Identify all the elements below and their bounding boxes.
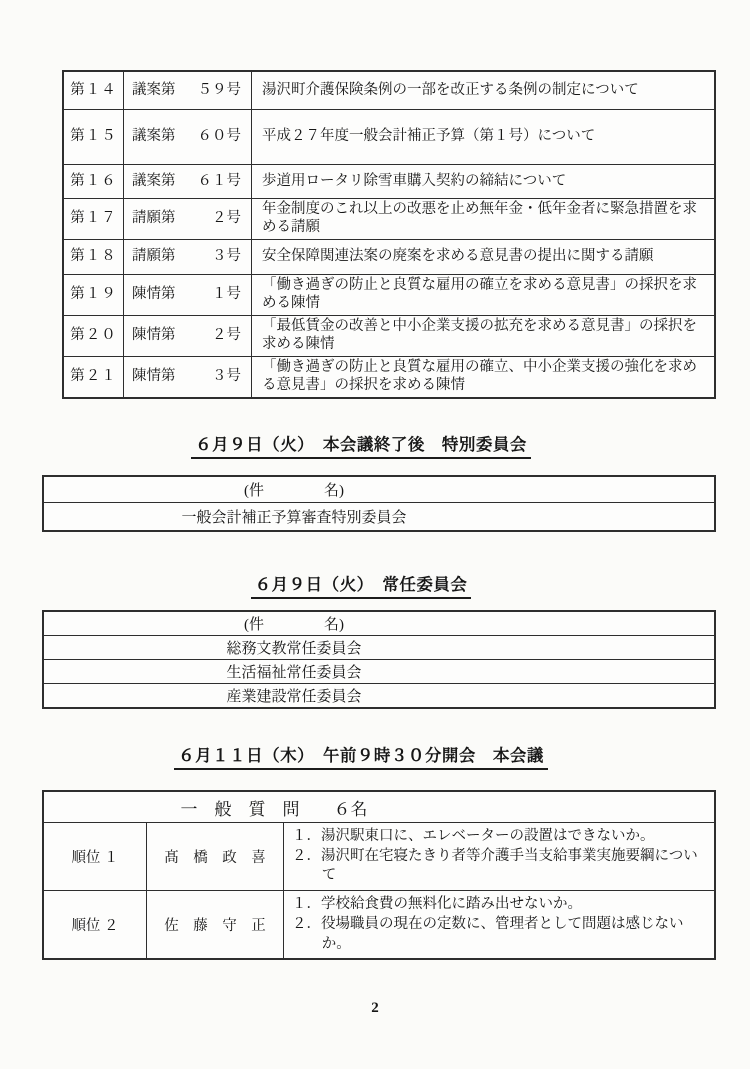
agenda-item-number: 第１４ <box>64 72 124 109</box>
page-number: 2 <box>0 1000 750 1017</box>
table-header-row: (件 名) <box>44 612 714 635</box>
questioner-name: 髙 橋 政 喜 <box>147 823 284 890</box>
general-question-header: 一 般 質 問 ６名 <box>181 795 368 820</box>
section-heading-text: ６月１１日（木） 午前９時３０分開会 本会議 <box>174 742 548 770</box>
general-question-title: 一 般 質 問 <box>181 795 300 820</box>
question-item: １．学校給食費の無料化に踏み出せないか。 <box>292 895 706 915</box>
table-header-row: 一 般 質 問 ６名 <box>44 792 714 822</box>
table-row: 生活福祉常任委員会 <box>44 659 714 683</box>
column-header-kenmei: (件 名) <box>244 613 344 634</box>
table-row: 第２０ 陳情第 ２号 「最低賃金の改善と中小企業支援の拡充を求める意見書」の採択… <box>64 315 714 356</box>
committee-name: 生活福祉常任委員会 <box>226 661 361 682</box>
section-heading-special-committee: ６月９日（火） 本会議終了後 特別委員会 <box>0 431 750 459</box>
table-row: 第１９ 陳情第 １号 「働き過ぎの防止と良質な雇用の確立を求める意見書」の採択を… <box>64 274 714 315</box>
table-row: 総務文教常任委員会 <box>44 635 714 659</box>
agenda-item-title: 「働き過ぎの防止と良質な雇用の確立を求める意見書」の採択を求める陳情 <box>252 275 714 315</box>
questioner-rank: 順位 １ <box>44 823 147 890</box>
agenda-item-title: 年金制度のこれ以上の改悪を止め無年金・低年金者に緊急措置を求める請願 <box>252 199 714 239</box>
agenda-doc-cell: 陳情第 ３号 <box>124 357 252 397</box>
doc-type-label: 陳情第 <box>132 286 176 304</box>
column-header-kenmei: (件 名) <box>244 479 344 500</box>
agenda-doc-cell: 議案第 ６１号 <box>124 165 252 198</box>
agenda-item-number: 第１９ <box>64 275 124 315</box>
doc-type-label: 請願第 <box>132 210 176 228</box>
agenda-doc-cell: 陳情第 １号 <box>124 275 252 315</box>
doc-number: ２号 <box>212 327 241 345</box>
agenda-item-title: 「働き過ぎの防止と良質な雇用の確立、中小企業支援の強化を求める意見書」の採択を求… <box>252 357 714 397</box>
section-heading-plenary-session: ６月１１日（木） 午前９時３０分開会 本会議 <box>0 742 750 770</box>
table-row: 第１７ 請願第 ２号 年金制度のこれ以上の改悪を止め無年金・低年金者に緊急措置を… <box>64 198 714 239</box>
agenda-item-title: 歩道用ロータリ除雪車購入契約の締結について <box>252 165 714 198</box>
agenda-doc-cell: 議案第 ５９号 <box>124 72 252 109</box>
doc-number: ３号 <box>212 248 241 266</box>
question-item: ２．役場職員の現在の定数に、管理者として問題は感じないか。 <box>292 915 706 954</box>
table-row: 順位 １ 髙 橋 政 喜 １．湯沢駅東口に、エレベーターの設置はできないか。 ２… <box>44 822 714 890</box>
agenda-item-title: 湯沢町介護保険条例の一部を改正する条例の制定について <box>252 72 714 109</box>
table-row: 産業建設常任委員会 <box>44 683 714 707</box>
agenda-item-number: 第１５ <box>64 110 124 164</box>
agenda-doc-cell: 議案第 ６０号 <box>124 110 252 164</box>
question-item: １．湯沢駅東口に、エレベーターの設置はできないか。 <box>292 827 706 847</box>
question-list: １．湯沢駅東口に、エレベーターの設置はできないか。 ２．湯沢町在宅寝たきり者等介… <box>284 823 714 890</box>
agenda-item-number: 第１８ <box>64 240 124 274</box>
table-row: 第１５ 議案第 ６０号 平成２７年度一般会計補正予算（第１号）について <box>64 109 714 164</box>
doc-type-label: 議案第 <box>132 128 176 146</box>
agenda-item-title: 「最低賃金の改善と中小企業支援の拡充を求める意見書」の採択を求める陳情 <box>252 316 714 356</box>
agenda-doc-cell: 陳情第 ２号 <box>124 316 252 356</box>
doc-number: ５９号 <box>198 82 242 100</box>
doc-type-label: 議案第 <box>132 173 176 191</box>
agenda-item-number: 第１６ <box>64 165 124 198</box>
agenda-item-title: 平成２７年度一般会計補正予算（第１号）について <box>252 110 714 164</box>
doc-number: ２号 <box>212 210 241 228</box>
agenda-table: 第１４ 議案第 ５９号 湯沢町介護保険条例の一部を改正する条例の制定について 第… <box>62 70 716 399</box>
committee-name: 総務文教常任委員会 <box>226 637 361 658</box>
doc-type-label: 請願第 <box>132 248 176 266</box>
doc-number: １号 <box>212 286 241 304</box>
question-list: １．学校給食費の無料化に踏み出せないか。 ２．役場職員の現在の定数に、管理者とし… <box>284 891 714 958</box>
doc-type-label: 議案第 <box>132 82 176 100</box>
question-item: ２．湯沢町在宅寝たきり者等介護手当支給事業実施要綱について <box>292 847 706 886</box>
agenda-doc-cell: 請願第 ３号 <box>124 240 252 274</box>
table-row: 一般会計補正予算審査特別委員会 <box>44 502 714 530</box>
table-row: 第２１ 陳情第 ３号 「働き過ぎの防止と良質な雇用の確立、中小企業支援の強化を求… <box>64 356 714 397</box>
committee-name: 一般会計補正予算審査特別委員会 <box>181 506 406 527</box>
agenda-item-title: 安全保障関連法案の廃案を求める意見書の提出に関する請願 <box>252 240 714 274</box>
doc-type-label: 陳情第 <box>132 368 176 386</box>
table-row: 第１８ 請願第 ３号 安全保障関連法案の廃案を求める意見書の提出に関する請願 <box>64 239 714 274</box>
committee-name: 産業建設常任委員会 <box>226 685 361 706</box>
agenda-item-number: 第２０ <box>64 316 124 356</box>
general-question-table: 一 般 質 問 ６名 順位 １ 髙 橋 政 喜 １．湯沢駅東口に、エレベーターの… <box>42 790 716 960</box>
table-header-row: (件 名) <box>44 477 714 502</box>
doc-type-label: 陳情第 <box>132 327 176 345</box>
standing-committee-table: (件 名) 総務文教常任委員会 生活福祉常任委員会 産業建設常任委員会 <box>42 610 716 709</box>
agenda-doc-cell: 請願第 ２号 <box>124 199 252 239</box>
section-heading-text: ６月９日（火） 常任委員会 <box>251 571 472 599</box>
table-row: 第１４ 議案第 ５９号 湯沢町介護保険条例の一部を改正する条例の制定について <box>64 72 714 109</box>
section-heading-text: ６月９日（火） 本会議終了後 特別委員会 <box>191 431 531 459</box>
document-page: 第１４ 議案第 ５９号 湯沢町介護保険条例の一部を改正する条例の制定について 第… <box>0 0 750 1069</box>
table-row: 第１６ 議案第 ６１号 歩道用ロータリ除雪車購入契約の締結について <box>64 164 714 198</box>
section-heading-standing-committee: ６月９日（火） 常任委員会 <box>0 571 750 599</box>
doc-number: ６１号 <box>198 173 242 191</box>
agenda-item-number: 第２１ <box>64 357 124 397</box>
agenda-item-number: 第１７ <box>64 199 124 239</box>
questioner-rank: 順位 ２ <box>44 891 147 958</box>
special-committee-table: (件 名) 一般会計補正予算審査特別委員会 <box>42 475 716 532</box>
table-row: 順位 ２ 佐 藤 守 正 １．学校給食費の無料化に踏み出せないか。 ２．役場職員… <box>44 890 714 958</box>
doc-number: ６０号 <box>198 128 242 146</box>
questioner-name: 佐 藤 守 正 <box>147 891 284 958</box>
doc-number: ３号 <box>212 368 241 386</box>
questioner-count: ６名 <box>334 795 368 820</box>
